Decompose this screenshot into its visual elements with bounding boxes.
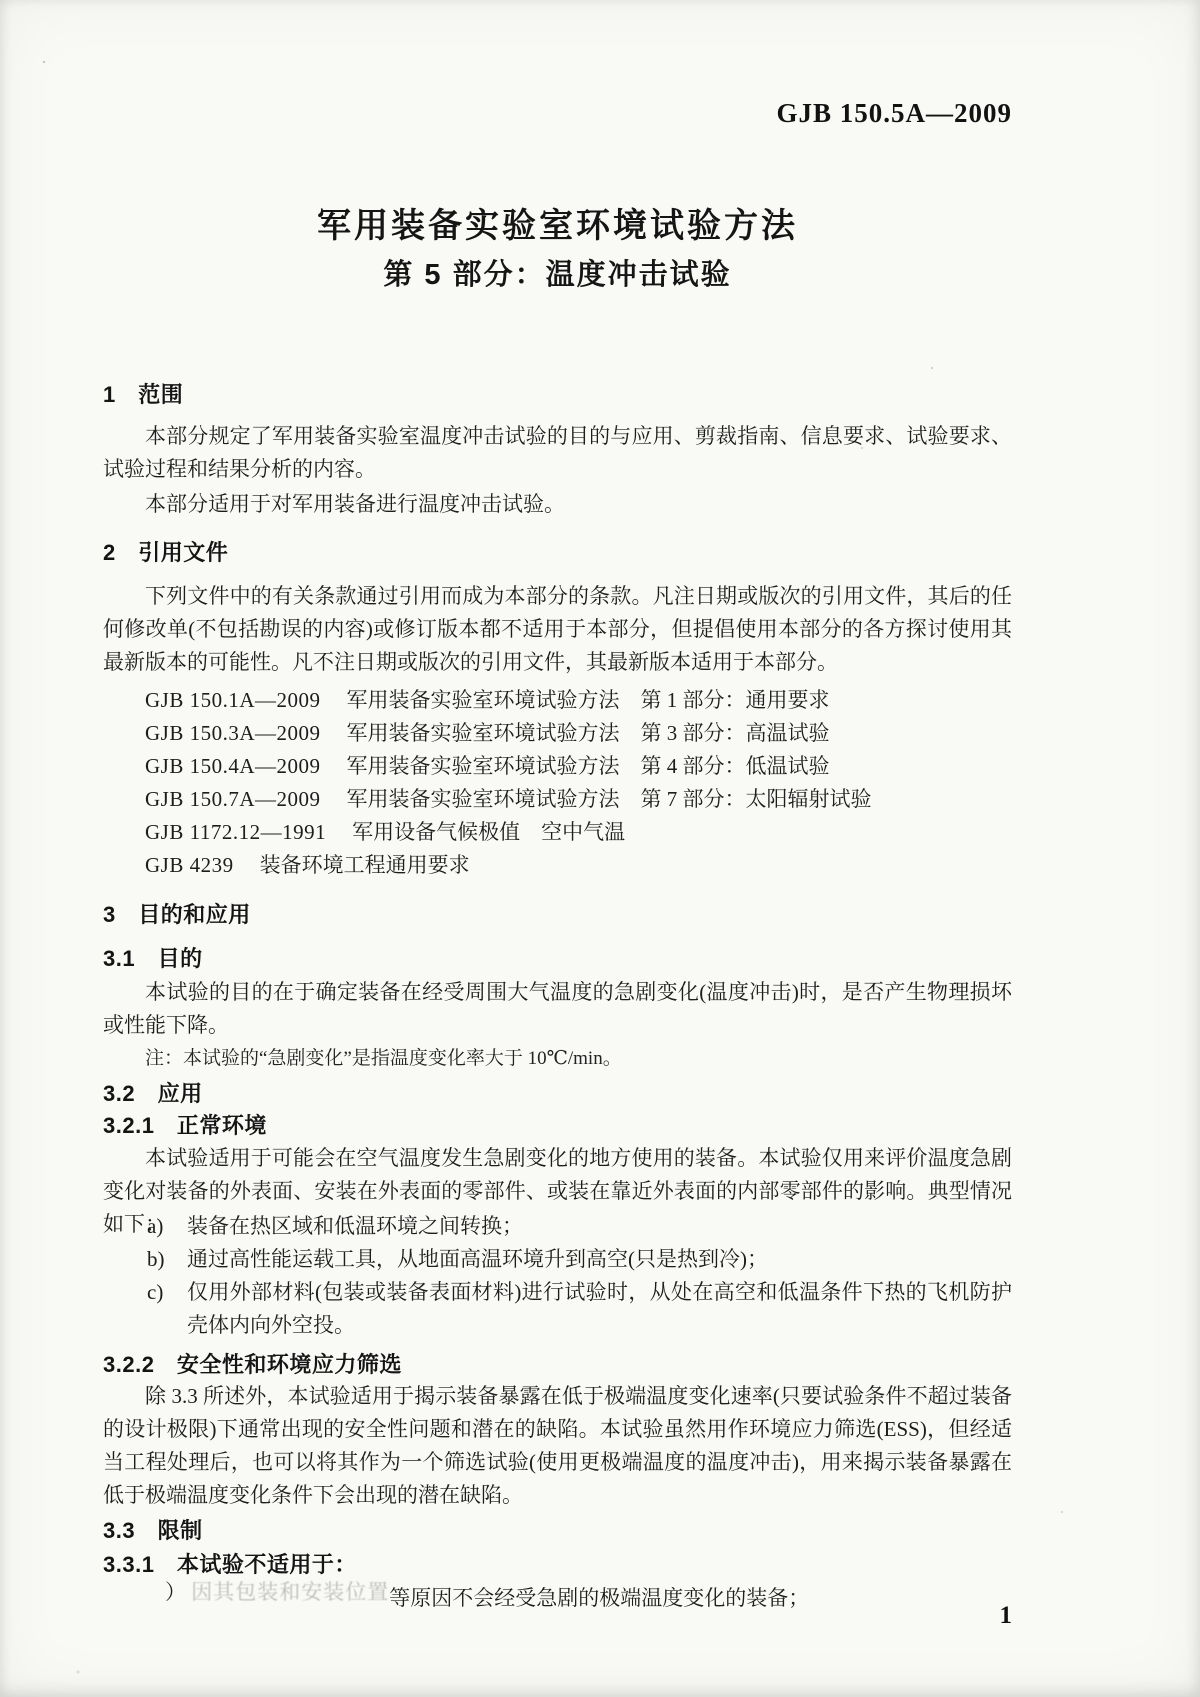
standard-code: GJB 150.5A—2009 bbox=[776, 98, 1012, 129]
reference-title: 军用装备实验室环境试验方法 第 7 部分：太阳辐射试验 bbox=[347, 787, 872, 811]
list-item-label: b) bbox=[147, 1243, 165, 1276]
reference-code: GJB 4239 bbox=[145, 853, 234, 877]
list-item-c: c)仅用外部材料(包装或装备表面材料)进行试验时，从处在高空和低温条件下热的飞机… bbox=[103, 1276, 1012, 1342]
faded-item-text: 因其包装和安装位置 bbox=[191, 1580, 389, 1604]
list-item-a: a)装备在热区域和低温环境之间转换； bbox=[103, 1210, 1012, 1243]
section-2-intro: 下列文件中的有关条款通过引用而成为本部分的条款。凡注日期或版次的引用文件，其后的… bbox=[103, 580, 1012, 679]
item-text: 等原因不会经受急剧的极端温度变化的装备； bbox=[389, 1586, 809, 1610]
typical-cases-list: a)装备在热区域和低温环境之间转换； b)通过高性能运载工具，从地面高温环境升到… bbox=[103, 1210, 1012, 1342]
reference-code: GJB 150.3A—2009 bbox=[145, 721, 321, 745]
reference-code: GJB 1172.12—1991 bbox=[145, 820, 326, 844]
list-item-text: 仅用外部材料(包装或装备表面材料)进行试验时，从处在高空和低温条件下热的飞机防护… bbox=[187, 1280, 1012, 1337]
section-3-1-heading: 3.1 目的 bbox=[103, 942, 1012, 973]
reference-item: GJB 4239装备环境工程通用要求 bbox=[103, 849, 1012, 882]
section-3-2-1-heading: 3.2.1 正常环境 bbox=[103, 1109, 1012, 1140]
section-3-2-2-paragraph: 除 3.3 所述外，本试验适用于揭示装备暴露在低于极端温度变化速率(只要试验条件… bbox=[103, 1380, 1012, 1512]
list-item-b: b)通过高性能运载工具，从地面高温环境升到高空(只是热到冷)； bbox=[103, 1243, 1012, 1276]
reference-item: GJB 150.4A—2009军用装备实验室环境试验方法 第 4 部分：低温试验 bbox=[103, 750, 1012, 783]
document-title-line2: 第 5 部分：温度冲击试验 bbox=[103, 252, 1012, 293]
section-3-3-heading: 3.3 限制 bbox=[103, 1514, 1012, 1545]
reference-item: GJB 1172.12—1991军用设备气候极值 空中气温 bbox=[103, 816, 1012, 849]
faded-item-label: ） bbox=[165, 1580, 186, 1604]
reference-item: GJB 150.3A—2009军用装备实验室环境试验方法 第 3 部分：高温试验 bbox=[103, 717, 1012, 750]
reference-title: 军用装备实验室环境试验方法 第 4 部分：低温试验 bbox=[347, 754, 830, 778]
document-title-line1: 军用装备实验室环境试验方法 bbox=[103, 198, 1012, 247]
reference-code: GJB 150.4A—2009 bbox=[145, 754, 321, 778]
reference-code: GJB 150.7A—2009 bbox=[145, 787, 321, 811]
section-1-paragraph-2: 本部分适用于对军用装备进行温度冲击试验。 bbox=[103, 488, 1012, 521]
reference-code: GJB 150.1A—2009 bbox=[145, 688, 321, 712]
section-3-1-note: 注：本试验的“急剧变化”是指温度变化率大于 10℃/min。 bbox=[103, 1044, 1012, 1074]
section-3-3-1-heading: 3.3.1 本试验不适用于： bbox=[103, 1548, 1012, 1579]
section-3-2-heading: 3.2 应用 bbox=[103, 1077, 1012, 1108]
document-page: GJB 150.5A—2009 军用装备实验室环境试验方法 第 5 部分：温度冲… bbox=[0, 0, 1200, 1697]
reference-item: GJB 150.1A—2009军用装备实验室环境试验方法 第 1 部分：通用要求 bbox=[103, 684, 1012, 717]
reference-list: GJB 150.1A—2009军用装备实验室环境试验方法 第 1 部分：通用要求… bbox=[103, 684, 1012, 882]
section-3-1-paragraph: 本试验的目的在于确定装备在经受周围大气温度的急剧变化(温度冲击)时，是否产生物理… bbox=[103, 976, 1012, 1042]
section-3-heading: 3 目的和应用 bbox=[103, 898, 1012, 929]
reference-title: 军用装备实验室环境试验方法 第 3 部分：高温试验 bbox=[347, 721, 830, 745]
section-1-heading: 1 范围 bbox=[103, 378, 1012, 409]
list-item-text: 装备在热区域和低温环境之间转换； bbox=[187, 1214, 523, 1238]
section-3-2-2-heading: 3.2.2 安全性和环境应力筛选 bbox=[103, 1348, 1012, 1379]
section-1-paragraph-1: 本部分规定了军用装备实验室温度冲击试验的目的与应用、剪裁指南、信息要求、试验要求… bbox=[103, 420, 1012, 486]
page-number: 1 bbox=[1000, 1602, 1013, 1630]
reference-title: 军用设备气候极值 空中气温 bbox=[352, 820, 625, 844]
list-item-text: 通过高性能运载工具，从地面高温环境升到高空(只是热到冷)； bbox=[187, 1247, 768, 1271]
list-item-label: c) bbox=[147, 1276, 163, 1309]
section-3-3-1-item: ） 因其包装和安装位置等原因不会经受急剧的极端温度变化的装备； bbox=[103, 1582, 1012, 1615]
list-item-label: a) bbox=[147, 1210, 163, 1243]
reference-title: 军用装备实验室环境试验方法 第 1 部分：通用要求 bbox=[347, 688, 830, 712]
reference-item: GJB 150.7A—2009军用装备实验室环境试验方法 第 7 部分：太阳辐射… bbox=[103, 783, 1012, 816]
reference-title: 装备环境工程通用要求 bbox=[260, 853, 470, 877]
section-2-heading: 2 引用文件 bbox=[103, 536, 1012, 567]
